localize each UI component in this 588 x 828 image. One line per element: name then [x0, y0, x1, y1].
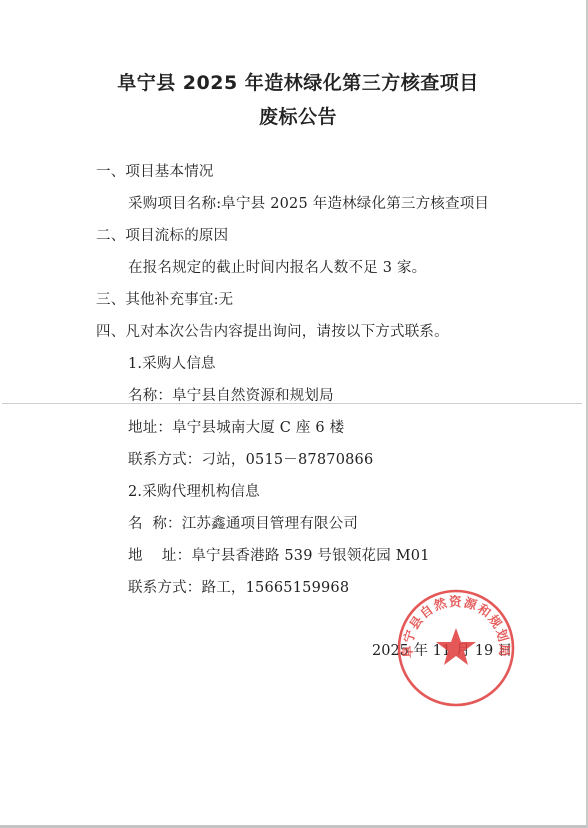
purchaser-contact: 联系方式：刁站，0515－87870866 [128, 448, 373, 469]
purchaser-address: 地址：阜宁县城南大厦 C 座 6 楼 [128, 416, 344, 437]
document-title-line1: 阜宁县 2025 年造林绿化第三方核查项目 [0, 68, 588, 95]
agency-name: 名 称：江苏鑫通项目管理有限公司 [128, 512, 358, 533]
scan-artifact-line [2, 403, 582, 404]
document-title-line2: 废标公告 [0, 102, 588, 129]
purchaser-name: 名称：阜宁县自然资源和规划局 [128, 384, 334, 405]
section-heading-basic-info: 一、项目基本情况 [96, 160, 214, 181]
project-name-line: 采购项目名称:阜宁县 2025 年造林绿化第三方核查项目 [128, 192, 489, 213]
failure-reason-text: 在报名规定的截止时间内报名人数不足 3 家。 [128, 256, 426, 277]
section-heading-contact: 四、凡对本次公告内容提出询问，请按以下方式联系。 [96, 320, 449, 341]
official-seal-icon: 阜宁县自然资源和规划局 [396, 588, 516, 708]
agency-address: 地 址：阜宁县香港路 539 号银领花园 M01 [128, 544, 430, 565]
document-page: 阜宁县 2025 年造林绿化第三方核查项目 废标公告 一、项目基本情况 采购项目… [0, 0, 588, 828]
section-heading-other-matters: 三、其他补充事宜:无 [96, 288, 233, 309]
purchaser-heading: 1.采购人信息 [128, 352, 216, 373]
section-heading-failure-reason: 二、项目流标的原因 [96, 224, 228, 245]
agency-heading: 2.采购代理机构信息 [128, 480, 260, 501]
agency-contact: 联系方式：路工，15665159968 [128, 576, 349, 597]
